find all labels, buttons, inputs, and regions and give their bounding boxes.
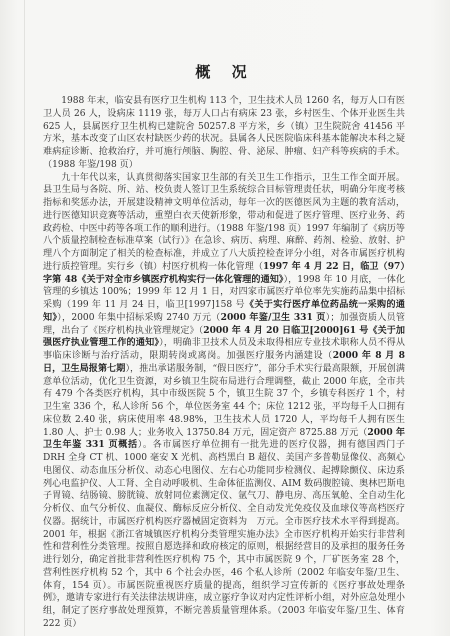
paragraph-2-segment-6: 2000 年鉴/卫生 331 页	[221, 312, 326, 323]
page-title: 概 况	[0, 61, 450, 82]
document-page: 概 况 1988 年末，临安县有医疗卫生机构 113 个，卫生技术人员 1260…	[0, 0, 450, 636]
paragraph-2-segment-11: ），推出承诺服务制，“假日医疗”，部分手术实行最高限额，开展创满意单位活动，优化…	[43, 364, 405, 438]
page-number: 3	[0, 596, 450, 605]
page-edge-divider	[24, 0, 25, 636]
paragraph-1-segment-1: 1988 年末，临安县有医疗卫生机构 113 个，卫生技术人员 1260 名，每…	[43, 96, 405, 170]
paragraph-1: 1988 年末，临安县有医疗卫生机构 113 个，卫生技术人员 1260 名，每…	[43, 95, 405, 172]
paragraph-2-segment-5: ），2000 年集中招标采购 2740 万元（	[57, 313, 220, 323]
document-body: 1988 年末，临安县有医疗卫生机构 113 个，卫生技术人员 1260 名，每…	[43, 95, 405, 631]
paragraph-2-segment-1: 九十年代以来，认真贯彻落实国家卫生部的有关卫生工作指示，卫生工作全面开展。县卫生…	[43, 173, 405, 272]
paragraph-2: 九十年代以来，认真贯彻落实国家卫生部的有关卫生工作指示，卫生工作全面开展。县卫生…	[43, 172, 405, 631]
